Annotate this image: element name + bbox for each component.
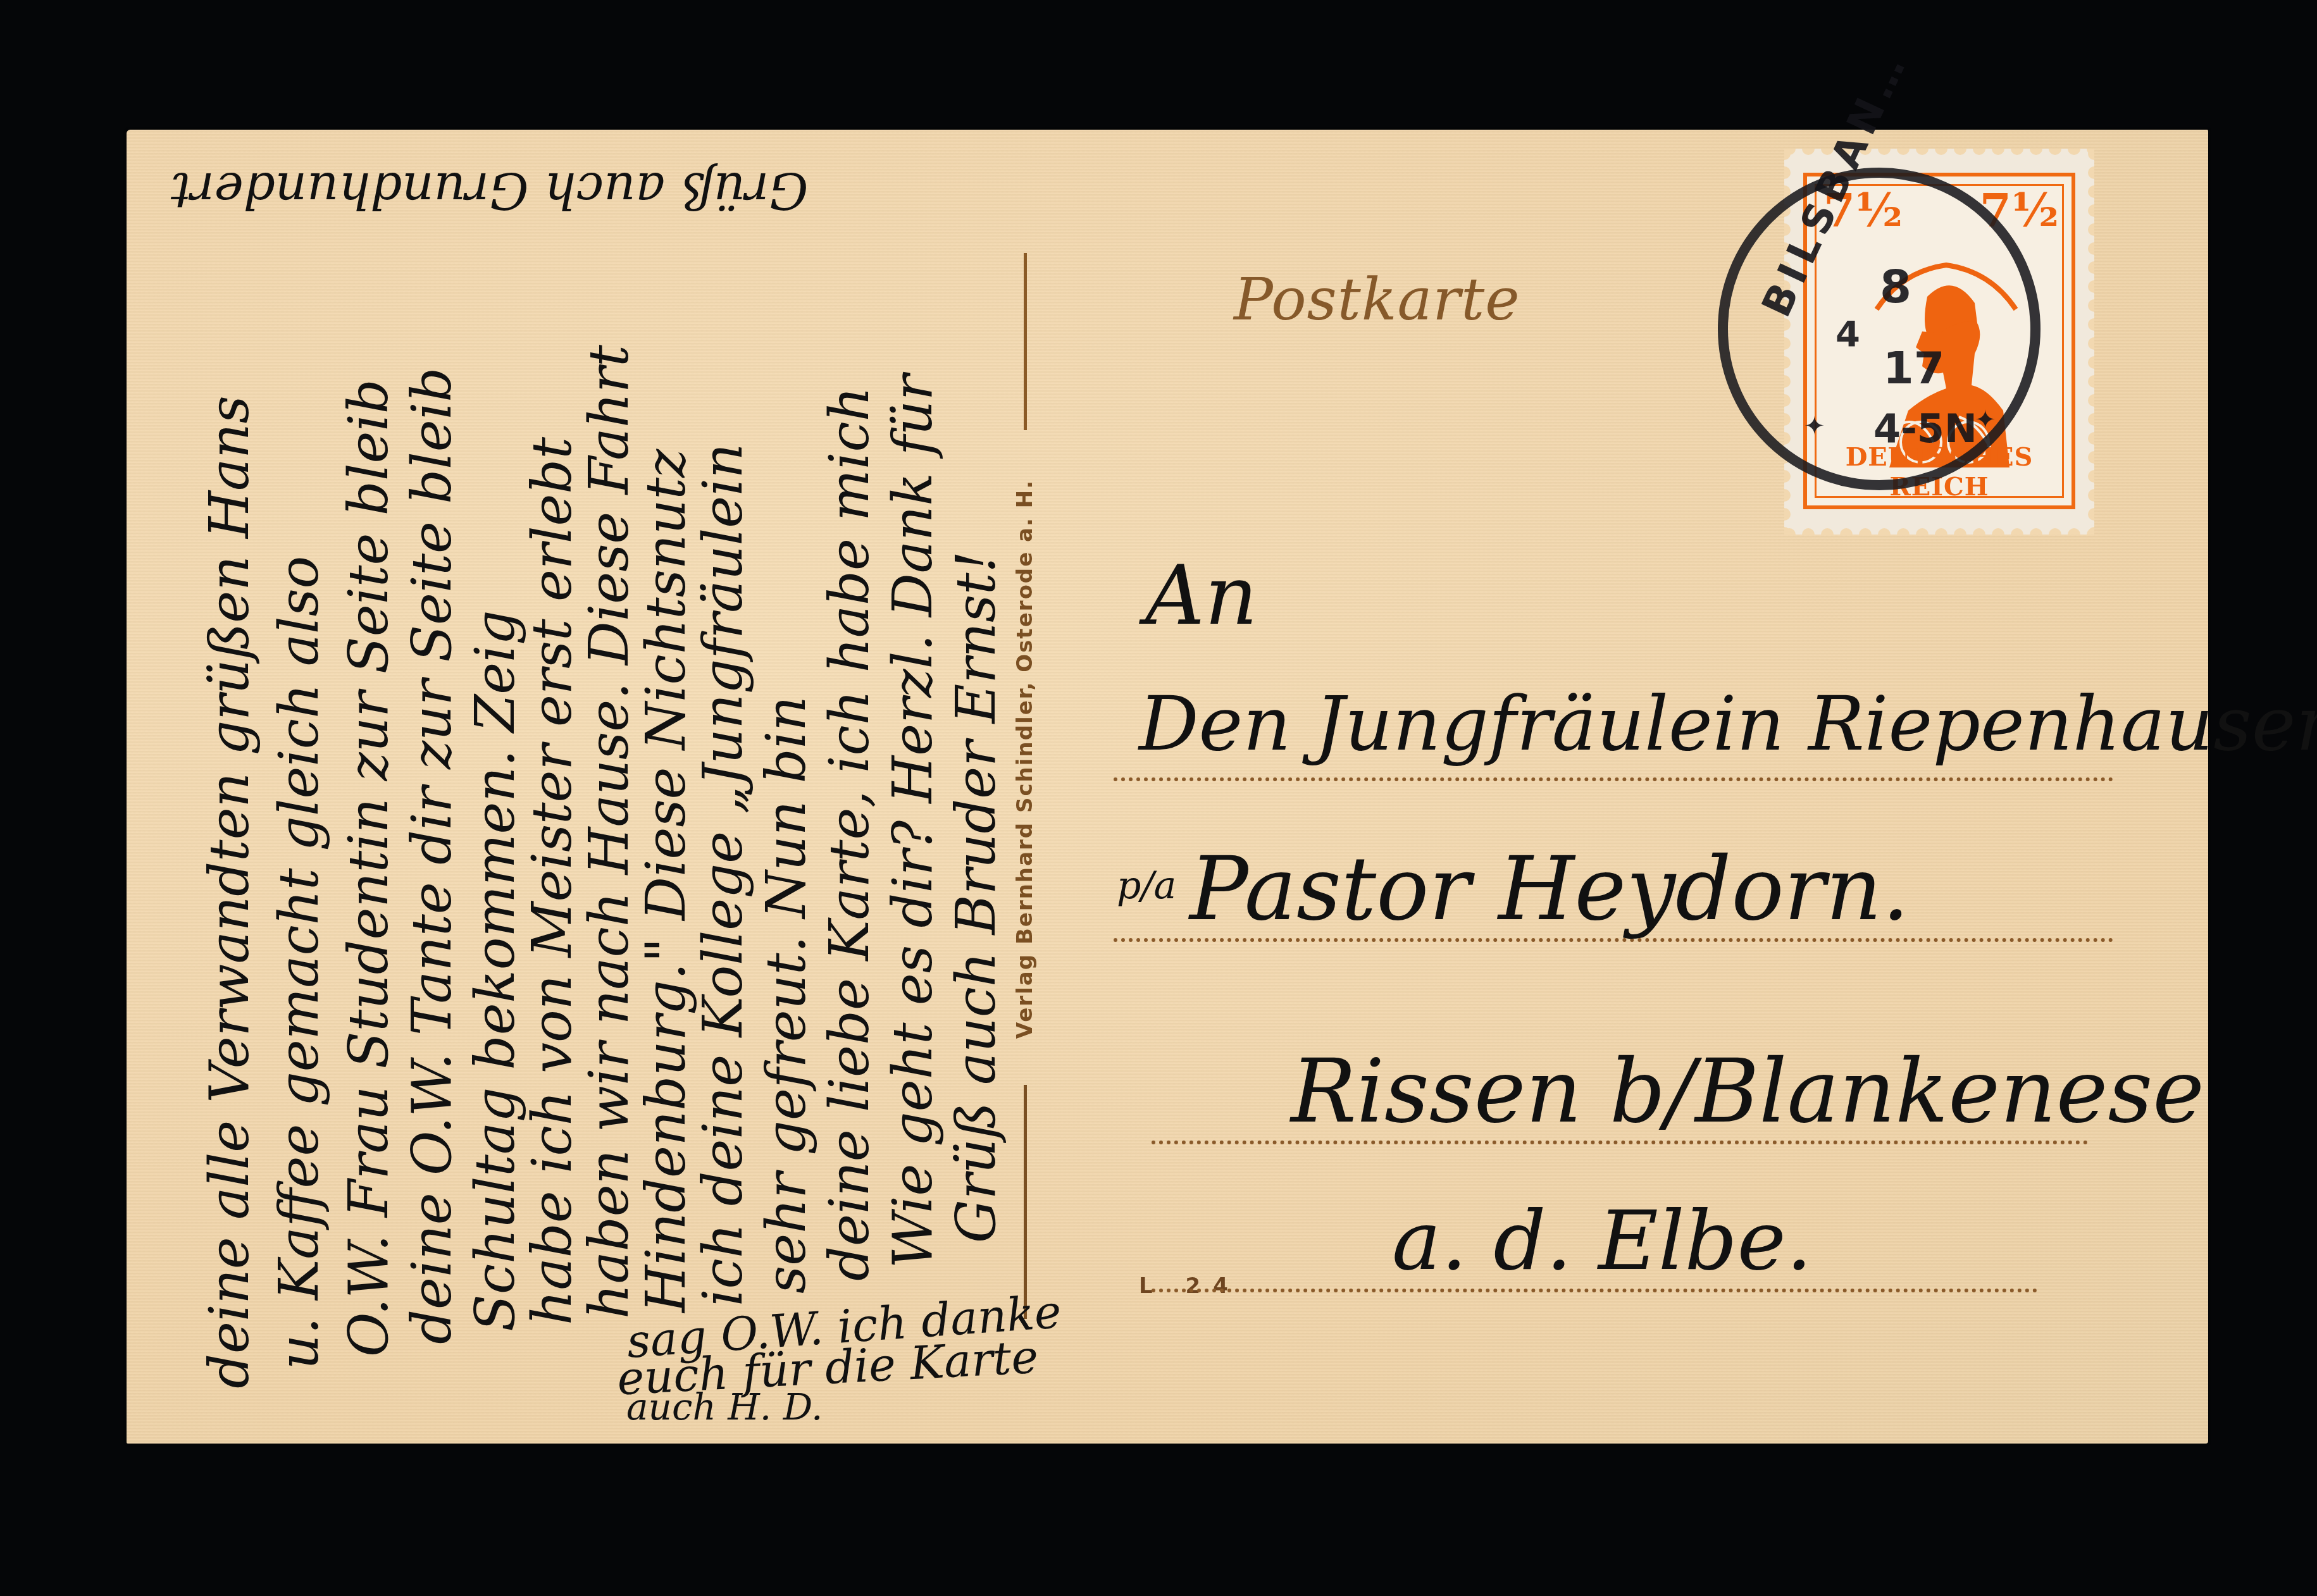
message-line: deine alle Verwandten grüßen Hans (202, 395, 257, 1389)
message-line: deine O.W. Tante dir zur Seite bleib (405, 368, 459, 1344)
postmark-star-left: ✦ (1804, 412, 1825, 441)
postcard: Postkarte Verlag Bernhard Schindler, Ost… (127, 130, 2208, 1444)
postmark-cancellation: BILSBAN… 4 8 17 4-5N ✦ ✦ (1718, 168, 2041, 490)
message-line: haben wir nach Hause. Diese Fahrt (582, 345, 637, 1319)
message-line: habe ich von Meister erst erlebt (525, 437, 580, 1325)
address-line-4 (1152, 1289, 2037, 1292)
message-line: O.W. Frau Studentin zur Seite bleib (342, 379, 396, 1357)
message-line: u. Kaffee gemacht gleich also (272, 556, 326, 1370)
publisher-imprint: Verlag Bernhard Schindler, Osterode a. H… (1012, 436, 1038, 1082)
postmark-month: 8 (1880, 260, 1911, 313)
address-care-of: p/a (1117, 863, 1176, 908)
address-salutation: An (1145, 547, 1258, 643)
message-line: Hindenburg." Diese Nichtsnutz (639, 449, 693, 1313)
message-line: deine liebe Karte, ich habe mich (823, 387, 877, 1281)
divider-line-top (1024, 253, 1027, 430)
series-number: L 24 (1139, 1273, 1241, 1299)
postmark-year: 17 (1883, 342, 1944, 394)
address-recipient: Den Jungfräulein Riepenhausen (1139, 680, 2317, 767)
postkarte-title: Postkarte (1234, 266, 1520, 333)
message-line: Schultag bekommen. Zeig (468, 610, 523, 1332)
message-line: sehr gefreut. Nun bin (759, 696, 814, 1294)
address-region: a. d. Elbe. (1392, 1192, 1812, 1289)
message-line: Grüß auch Bruder Ernst! (949, 551, 1003, 1243)
message-note-line-3: auch H. D. (626, 1385, 823, 1428)
address-town: Rissen b/Blankenese (1291, 1041, 2204, 1142)
postmark-day: 4 (1836, 314, 1860, 355)
address-name: Pastor Heydorn. (1190, 838, 1910, 940)
postmark-time: 4-5N (1873, 405, 1977, 452)
message-top-line: Grüß auch Grundhundert (171, 161, 809, 218)
postmark-star-right: ✦ (1975, 405, 1996, 435)
message-line: Wie geht es dir? Herzl. Dank für (886, 374, 940, 1268)
address-line-1 (1114, 777, 2113, 781)
divider-line-bottom (1024, 1085, 1027, 1319)
message-line: ich deine Kollege „Jungfräulein (696, 443, 750, 1306)
